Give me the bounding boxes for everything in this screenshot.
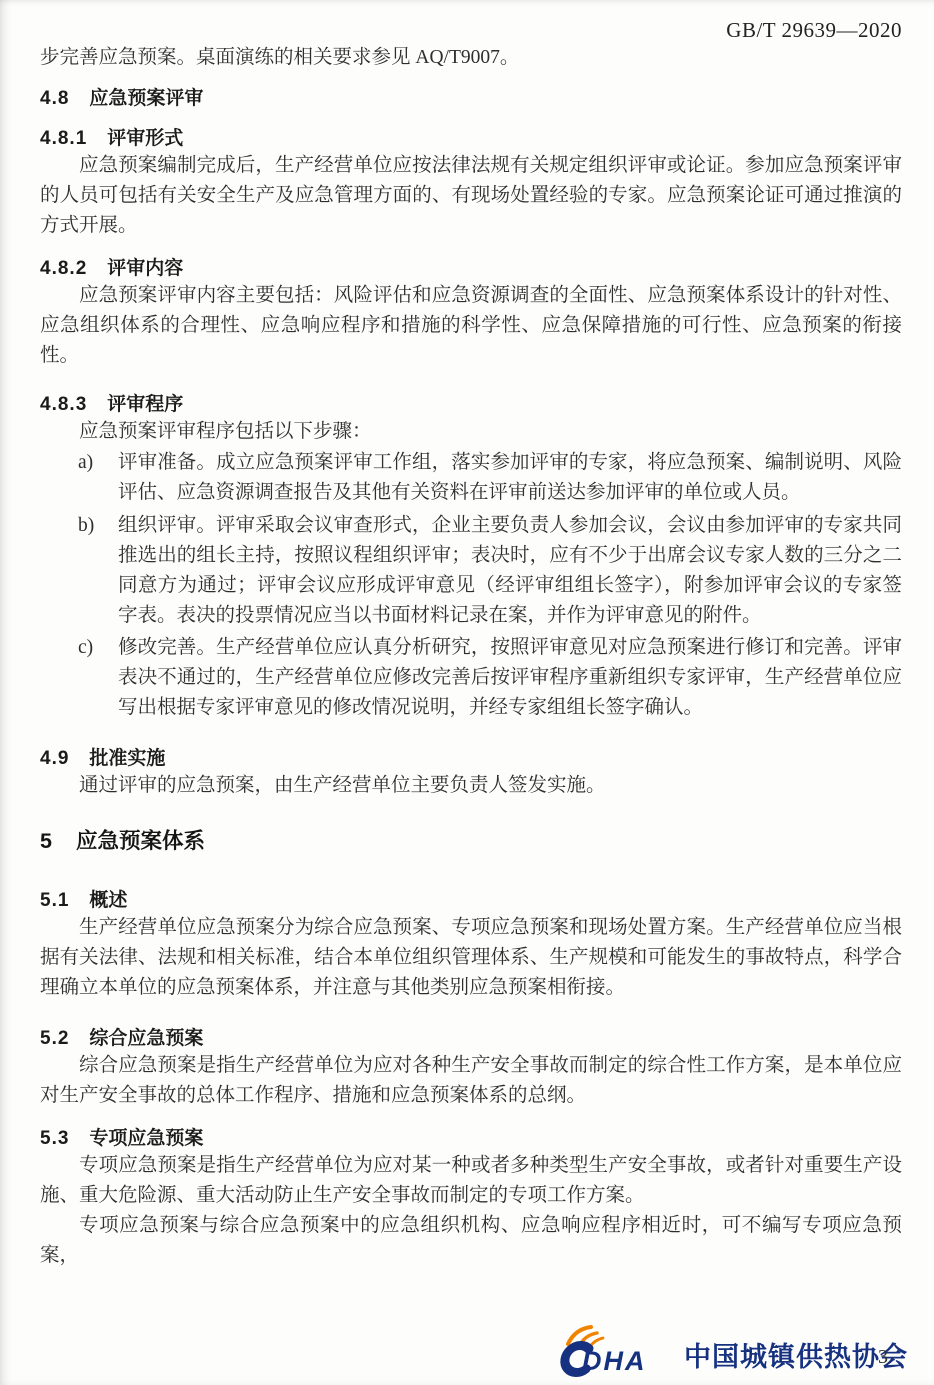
para-4-8-2: 应急预案评审内容主要包括：风险评估和应急资源调查的全面性、应急预案体系设计的针对… — [40, 281, 902, 371]
section-title: 评审内容 — [107, 257, 183, 281]
section-number: 5.3 — [40, 1127, 69, 1151]
page-number: 3 — [878, 1346, 888, 1369]
svg-text:DHA: DHA — [582, 1346, 647, 1376]
review-step-c: c) 修改完善。生产经营单位应认真分析研究，按照评审意见对应急预案进行修订和完善… — [40, 633, 902, 723]
list-marker: c) — [78, 633, 93, 663]
para-4-8-1: 应急预案编制完成后，生产经营单位应按法律法规有关规定组织评审或论证。参加应急预案… — [40, 151, 902, 241]
section-heading-4-8-1: 4.8.1 评审形式 — [40, 127, 902, 151]
section-title: 评审程序 — [107, 393, 183, 417]
document-page: GB/T 29639—2020 步完善应急预案。桌面演练的相关要求参见 AQ/T… — [0, 0, 934, 1385]
section-heading-5-3: 5.3 专项应急预案 — [40, 1127, 902, 1151]
para-4-8-3-lead: 应急预案评审程序包括以下步骤： — [40, 417, 902, 447]
section-heading-4-8-3: 4.8.3 评审程序 — [40, 393, 902, 417]
review-step-a: a) 评审准备。成立应急预案评审工作组，落实参加评审的专家，将应急预案、编制说明… — [40, 448, 902, 508]
chapter-heading-5: 5 应急预案体系 — [40, 827, 902, 855]
list-marker: a) — [78, 448, 93, 478]
dha-logo-icon: DHA — [558, 1324, 676, 1380]
section-title: 概述 — [89, 889, 127, 913]
chapter-number: 5 — [40, 827, 52, 855]
section-number: 4.9 — [40, 747, 69, 771]
chapter-title: 应急预案体系 — [76, 827, 205, 855]
section-heading-4-8-2: 4.8.2 评审内容 — [40, 257, 902, 281]
section-number: 4.8.1 — [40, 127, 87, 151]
section-heading-5-2: 5.2 综合应急预案 — [40, 1027, 902, 1051]
section-number: 4.8 — [40, 87, 69, 111]
doc-code-header: GB/T 29639—2020 — [40, 0, 902, 43]
para-5-3-a: 专项应急预案是指生产经营单位为应对某一种或者多种类型生产安全事故，或者针对重要生… — [40, 1151, 902, 1211]
list-item-text: 修改完善。生产经营单位应认真分析研究，按照评审意见对应急预案进行修订和完善。评审… — [118, 637, 902, 718]
para-5-2: 综合应急预案是指生产经营单位为应对各种生产安全事故而制定的综合性工作方案，是本单… — [40, 1051, 902, 1111]
section-number: 4.8.2 — [40, 257, 87, 281]
para-5-3-b: 专项应急预案与综合应急预案中的应急组织机构、应急响应程序相近时，可不编写专项应急… — [40, 1211, 902, 1271]
list-item-text: 评审准备。成立应急预案评审工作组，落实参加评审的专家，将应急预案、编制说明、风险… — [118, 452, 902, 503]
para-4-9: 通过评审的应急预案，由生产经营单位主要负责人签发实施。 — [40, 771, 902, 801]
para-5-1: 生产经营单位应急预案分为综合应急预案、专项应急预案和现场处置方案。生产经营单位应… — [40, 913, 902, 1003]
carryover-line: 步完善应急预案。桌面演练的相关要求参见 AQ/T9007。 — [40, 43, 902, 73]
list-item-text: 组织评审。评审采取会议审查形式，企业主要负责人参加会议，会议由参加评审的专家共同… — [118, 515, 902, 626]
section-title: 批准实施 — [89, 747, 165, 771]
section-title: 综合应急预案 — [89, 1027, 203, 1051]
section-number: 5.2 — [40, 1027, 69, 1051]
section-title: 专项应急预案 — [89, 1127, 203, 1151]
section-title: 应急预案评审 — [89, 87, 203, 111]
section-title: 评审形式 — [107, 127, 183, 151]
section-heading-5-1: 5.1 概述 — [40, 889, 902, 913]
list-marker: b) — [78, 511, 94, 541]
review-step-b: b) 组织评审。评审采取会议审查形式，企业主要负责人参加会议，会议由参加评审的专… — [40, 511, 902, 631]
section-heading-4-8: 4.8 应急预案评审 — [40, 87, 902, 111]
section-number: 4.8.3 — [40, 393, 87, 417]
section-heading-4-9: 4.9 批准实施 — [40, 747, 902, 771]
org-logo: DHA 中国城镇供热协会 — [558, 1324, 908, 1380]
org-name-text: 中国城镇供热协会 — [684, 1334, 908, 1371]
section-number: 5.1 — [40, 889, 69, 913]
